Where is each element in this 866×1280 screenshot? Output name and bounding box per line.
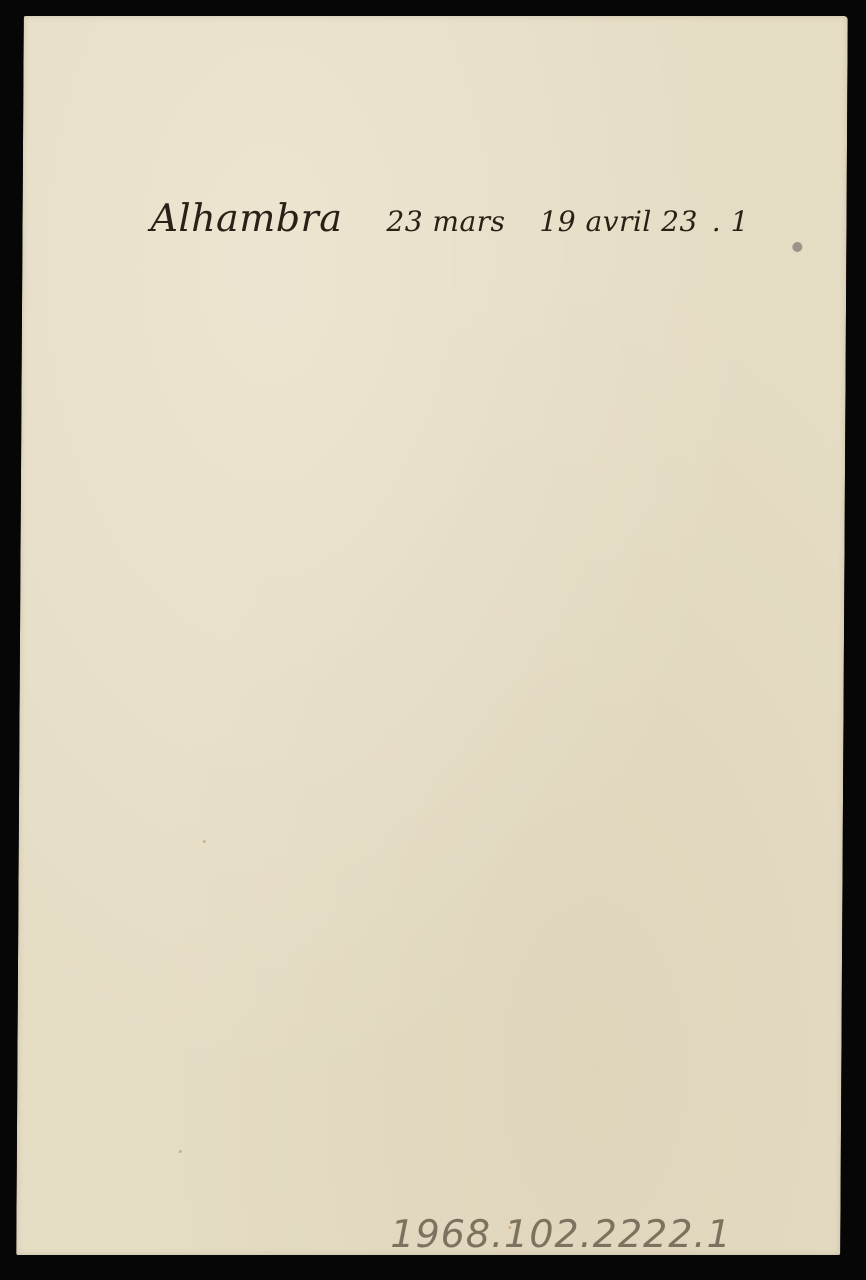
scan-background: Alhambra23 mars19 avril 23. 1 1968.102.2… xyxy=(0,0,866,1280)
inscription-line: Alhambra23 mars19 avril 23. 1 xyxy=(150,196,749,240)
accession-number: 1968.102.2222.1 xyxy=(390,1212,732,1256)
ink-speck xyxy=(792,242,802,252)
paper-card: Alhambra23 mars19 avril 23. 1 1968.102.2… xyxy=(16,16,848,1255)
inscription-place: Alhambra xyxy=(150,196,342,240)
inscription-date-end: 19 avril 23 xyxy=(539,205,698,238)
inscription-sequence-mark: . 1 xyxy=(712,205,749,238)
inscription-date-start: 23 mars xyxy=(386,205,505,238)
paper-fleck xyxy=(179,1150,182,1153)
paper-fleck xyxy=(203,840,206,843)
